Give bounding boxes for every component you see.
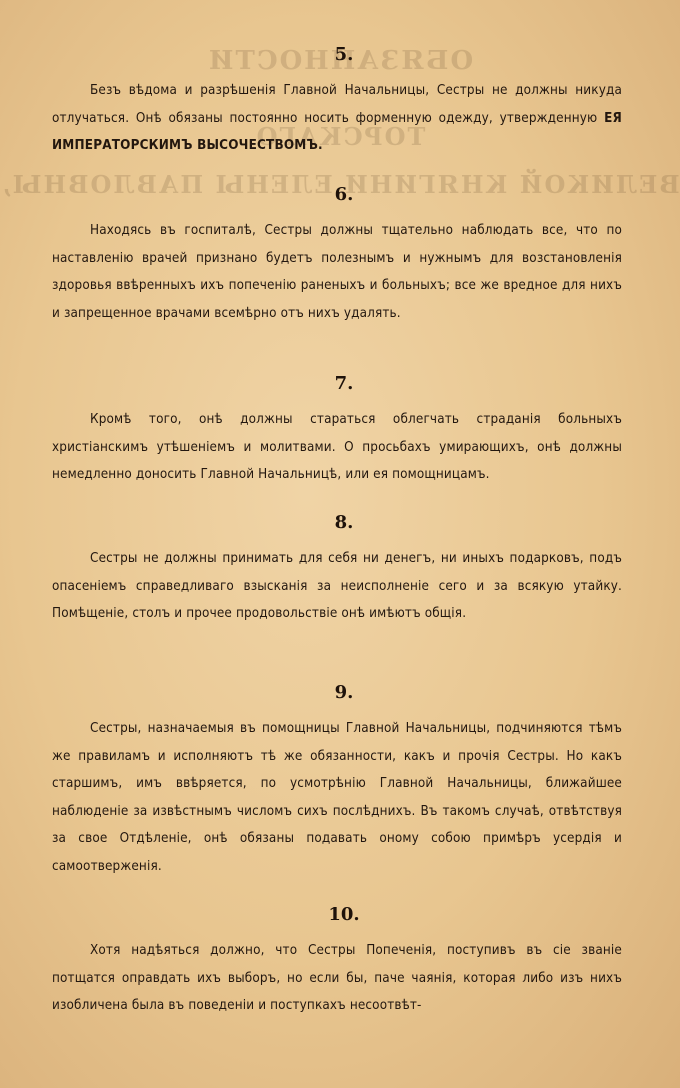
- section-number: 10.: [8, 904, 680, 925]
- section-text: Безъ вѣдома и разрѣшенія Главной Начальн…: [52, 77, 622, 160]
- section-6: 6. Находясь въ госпиталѣ, Сестры должны …: [0, 184, 680, 327]
- section-8: 8. Сестры не должны принимать для себя н…: [0, 512, 680, 628]
- section-5: 5. Безъ вѣдома и разрѣшенія Главной Нача…: [0, 44, 680, 160]
- section-9: 9. Сестры, назначаемыя въ помощницы Глав…: [0, 682, 680, 880]
- section-text: Кромѣ того, онѣ должны стараться облегча…: [52, 406, 622, 489]
- section-10: 10. Хотя надѣяться должно, что Сестры По…: [0, 904, 680, 1020]
- section-number: 9.: [8, 682, 680, 703]
- section-number: 7.: [8, 373, 680, 394]
- section-number: 8.: [8, 512, 680, 533]
- section-text: Сестры не должны принимать для себя ни д…: [52, 545, 622, 628]
- text-run: Безъ вѣдома и разрѣшенія Главной Начальн…: [52, 83, 622, 126]
- section-number: 6.: [8, 184, 680, 205]
- section-number: 5.: [8, 44, 680, 65]
- section-text: Сестры, назначаемыя въ помощницы Главной…: [52, 715, 622, 880]
- section-text: Находясь въ госпиталѣ, Сестры должны тща…: [52, 217, 622, 327]
- book-page: ОБЯЗАННОСТИ ТОРСКАГО ВЕЛИКОЙ КНЯГИНИ ЕЛЕ…: [0, 0, 680, 1088]
- section-7: 7. Кромѣ того, онѣ должны стараться обле…: [0, 373, 680, 489]
- section-text: Хотя надѣяться должно, что Сестры Попече…: [52, 937, 622, 1020]
